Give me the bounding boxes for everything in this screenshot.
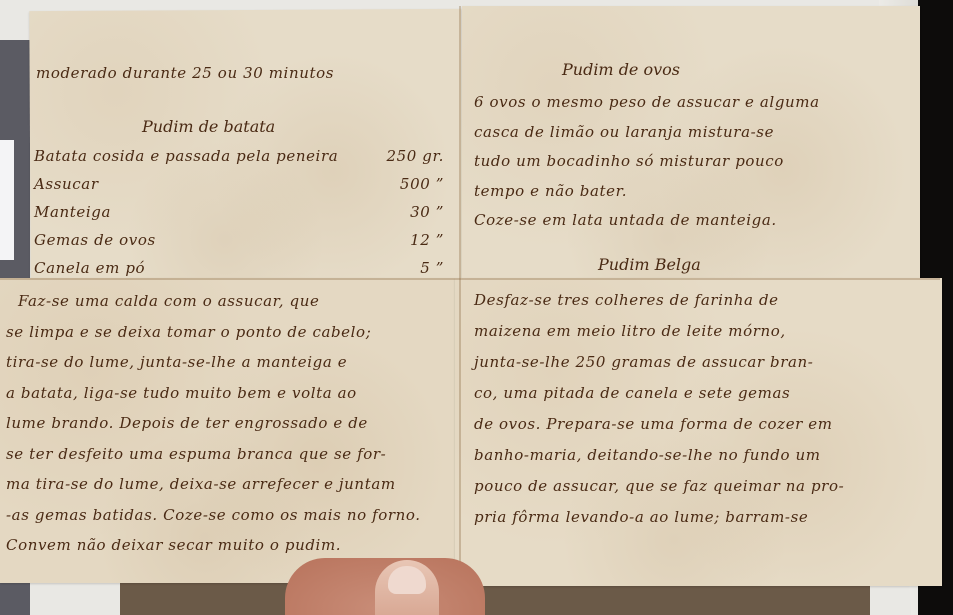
continuation-line: moderado durante 25 ou 30 minutos [36,58,334,89]
method-text-ovos: 6 ovos o mesmo peso de assucar e alguma … [474,88,820,236]
ingredient-qty: 12 ” [410,226,444,254]
method-text-batata: Faz-se uma calda com o assucar, que se l… [6,286,421,561]
ingredient-name: Manteiga [34,198,111,226]
ingredient-qty: 500 ” [400,170,444,198]
left-white-patch [0,140,14,260]
ingredient-qty: 250 gr. [387,142,445,170]
method-text-belga: Desfaz-se tres colheres de farinha de ma… [474,285,844,533]
thumbnail [388,566,426,594]
method-line: pouco de assucar, que se faz queimar na … [474,471,844,502]
recipe-title-pudim-de-ovos: Pudim de ovos [562,60,680,79]
recipe-title-pudim-de-batata: Pudim de batata [142,117,275,136]
ingredient-qty: 30 ” [410,198,444,226]
ingredient-qty: 5 ” [420,254,444,282]
method-line: ma tira-se do lume, deixa-se arrefecer e… [6,469,421,500]
method-line: se limpa e se deixa tomar o ponto de cab… [6,317,421,348]
ingredient-name: Canela em pó [34,254,145,282]
ingredient-name: Assucar [34,170,99,198]
ingredient-row: Manteiga 30 ” [34,198,444,226]
ingredient-row: Batata cosida e passada pela peneira 250… [34,142,444,170]
method-line: Desfaz-se tres colheres de farinha de [474,285,844,316]
method-line: de ovos. Prepara-se uma forma de cozer e… [474,409,844,440]
method-line: a batata, liga-se tudo muito bem e volta… [6,378,421,409]
method-line: tudo um bocadinho só misturar pouco [474,147,820,177]
recipe-title-pudim-belga: Pudim Belga [598,255,701,274]
method-line: Coze-se em lata untada de manteiga. [474,206,820,236]
ingredient-name: Gemas de ovos [34,226,156,254]
method-line: 6 ovos o mesmo peso de assucar e alguma [474,88,820,118]
method-line: casca de limão ou laranja mistura-se [474,118,820,148]
ingredient-row: Assucar 500 ” [34,170,444,198]
method-line: lume brando. Depois de ter engrossado e … [6,408,421,439]
method-line: -as gemas batidas. Coze-se como os mais … [6,500,421,531]
ingredient-row: Gemas de ovos 12 ” [34,226,444,254]
method-line: pria fôrma levando-a ao lume; barram-se [474,502,844,533]
method-line: tira-se do lume, junta-se-lhe a manteiga… [6,347,421,378]
method-line: se ter desfeito uma espuma branca que se… [6,439,421,470]
paper-shadow [120,583,870,615]
ingredient-row: Canela em pó 5 ” [34,254,444,282]
method-line: co, uma pitada de canela e sete gemas [474,378,844,409]
vertical-fold [459,6,461,586]
ingredient-list: Batata cosida e passada pela peneira 250… [34,142,444,282]
method-line: junta-se-lhe 250 gramas de assucar bran- [474,347,844,378]
method-line: banho-maria, deitando-se-lhe no fundo um [474,440,844,471]
method-line: tempo e não bater. [474,177,820,207]
method-line: maizena em meio litro de leite mórno, [474,316,844,347]
ingredient-name: Batata cosida e passada pela peneira [34,142,338,170]
method-line: Convem não deixar secar muito o pudim. [6,530,421,561]
method-line: Faz-se uma calda com o assucar, que [6,286,421,317]
